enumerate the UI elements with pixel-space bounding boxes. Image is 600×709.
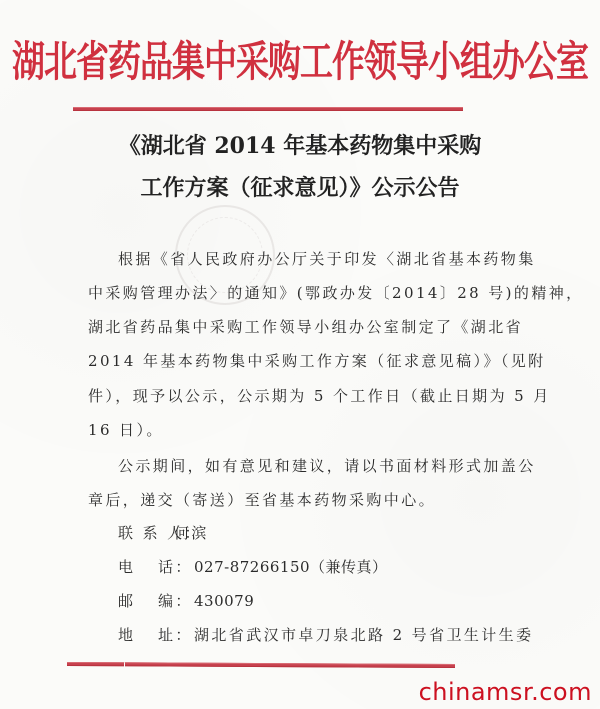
letterhead-title: 湖北省药品集中采购工作领导小组办公室 [0,40,600,82]
contact-postcode-label-a: 邮 [118,594,158,609]
contact-phone-row: 电话：027-87266150（兼传真） [118,560,388,575]
paragraph-1-line-1: 根据《省人民政府办公厅关于印发〈湖北省基本药物集 [118,252,568,267]
paragraph-1-line-3: 湖北省药品集中采购工作领导小组办公室制定了《湖北省 [88,320,538,335]
paragraph-2-line-1: 公示期间，如有意见和建议，请以书面材料形式加盖公 [118,459,568,474]
contact-address-label-b: 址： [158,628,194,643]
site-watermark: chinamsr.com [419,680,592,704]
contact-postcode-value: 430079 [194,592,254,610]
document-title-line-1: 《湖北省 2014 年基本药物集中采购 [0,135,600,157]
paragraph-1-line-2: 中采购管理办法〉的通知》(鄂政办发〔2014〕28 号)的精神， [88,286,538,301]
contact-phone-label-b: 话： [158,560,194,575]
paragraph-1-line-5: 件），现予以公示，公示期为 5 个工作日（截止日期为 5 月 [88,389,538,404]
contact-postcode-label-b: 编： [158,594,194,609]
contact-person-row: 联 系 人：何滨 [118,526,209,541]
contact-person-value: 何滨 [174,524,209,542]
contact-postcode-row: 邮编：430079 [118,594,254,609]
footer-divider [67,662,455,668]
contact-address-value: 湖北省武汉市卓刀泉北路 2 号省卫生计生委 [194,626,533,644]
contact-phone-label-a: 电 [118,560,158,575]
document-title-line-2: 工作方案（征求意见）》公示公告 [0,177,600,199]
contact-address-row: 地址：湖北省武汉市卓刀泉北路 2 号省卫生计生委 [118,628,533,643]
letterhead-divider [73,107,463,111]
contact-address-label-a: 地 [118,628,158,643]
paragraph-1-line-4: 2014 年基本药物集中采购工作方案（征求意见稿）》（见附 [88,354,538,369]
contact-phone-value: 027-87266150（兼传真） [194,558,388,576]
paragraph-1-line-6: 16 日）。 [88,423,538,438]
paragraph-2-line-2: 章后，递交（寄送）至省基本药物采购中心。 [88,493,538,508]
document-page: 湖北省药品集中采购工作领导小组办公室 《湖北省 2014 年基本药物集中采购 工… [0,0,600,709]
